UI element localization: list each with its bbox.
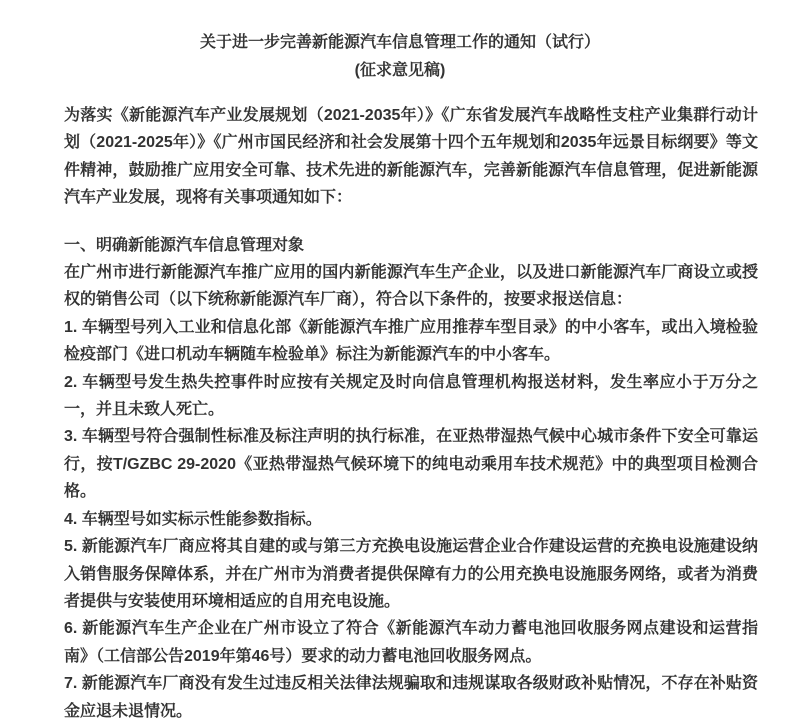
condition-item-3: 3. 车辆型号符合强制性标准及标注声明的执行标准，在亚热带湿热气候中心城市条件下… (64, 423, 758, 505)
condition-item-6: 6. 新能源汽车生产企业在广州市设立了符合《新能源汽车动力蓄电池回收服务网点建设… (64, 615, 758, 670)
document-body: 为落实《新能源汽车产业发展规划（2021-2035年）》《广东省发展汽车战略性支… (0, 102, 800, 723)
document-page: 关于进一步完善新能源汽车信息管理工作的通知（试行） (征求意见稿) 为落实《新能… (0, 0, 800, 723)
section-heading: 一、明确新能源汽车信息管理对象 (64, 232, 758, 259)
paragraph-spacer (64, 212, 758, 232)
section-lead-paragraph: 在广州市进行新能源汽车推广应用的国内新能源汽车生产企业，以及进口新能源汽车厂商设… (64, 259, 758, 314)
condition-item-4: 4. 车辆型号如实标示性能参数指标。 (64, 506, 758, 533)
condition-item-2: 2. 车辆型号发生热失控事件时应按有关规定及时向信息管理机构报送材料，发生率应小… (64, 369, 758, 424)
document-title: 关于进一步完善新能源汽车信息管理工作的通知（试行） (0, 29, 800, 57)
condition-item-5: 5. 新能源汽车厂商应将其自建的或与第三方充换电设施运营企业合作建设运营的充换电… (64, 533, 758, 615)
condition-item-1: 1. 车辆型号列入工业和信息化部《新能源汽车推广应用推荐车型目录》的中小客车，或… (64, 314, 758, 369)
document-subtitle: (征求意见稿) (0, 57, 800, 85)
condition-item-7: 7. 新能源汽车厂商没有发生过违反相关法律法规骗取和违规谋取各级财政补贴情况，不… (64, 670, 758, 723)
intro-paragraph: 为落实《新能源汽车产业发展规划（2021-2035年）》《广东省发展汽车战略性支… (64, 102, 758, 212)
